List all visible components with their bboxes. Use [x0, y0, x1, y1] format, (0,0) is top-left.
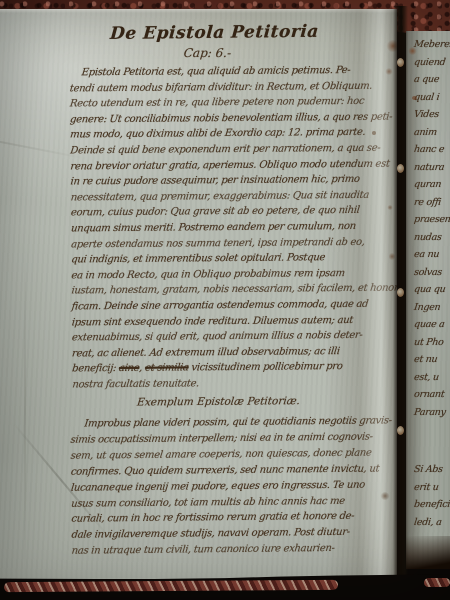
right-page-text-fragments-top: Meberesquienda quequal iVidesanimhanc en…	[413, 36, 450, 421]
text-line: ea nu	[413, 246, 450, 264]
foxing-stain	[412, 96, 417, 100]
binding-thread	[397, 288, 404, 297]
text-line: praesen	[413, 211, 450, 229]
text-line: erit u	[413, 479, 450, 497]
text-line: hanc e	[413, 141, 450, 159]
text-line: ledi, a	[413, 514, 450, 532]
text-line: qua qu	[413, 281, 450, 299]
text-line: Parany	[413, 404, 450, 422]
text-line: solvas	[413, 264, 450, 282]
text-line: et nu	[413, 351, 450, 369]
text-line: quiend	[413, 54, 450, 72]
text-line: Vides	[413, 106, 450, 124]
text-line: ornant	[413, 386, 450, 404]
text-line: Ingen	[413, 299, 450, 317]
right-page-text-fragments-bottom: Si Abserit ubeneficiledi, a	[413, 461, 450, 531]
right-page: Meberesquienda quequal iVidesanimhanc en…	[406, 31, 450, 569]
text-line: a que	[413, 71, 450, 89]
text-line: re offi	[413, 194, 450, 212]
text-line: qual i	[413, 89, 450, 107]
text-segment: beneficij:	[72, 363, 120, 374]
text-line: Si Abs	[413, 461, 450, 479]
text-line: ut Pho	[413, 334, 450, 352]
struck-text: aine	[118, 363, 140, 374]
text-line: quae a	[413, 316, 450, 334]
binding-thread	[397, 164, 404, 173]
page-fore-edge-shadow	[325, 9, 397, 579]
text-line: natura	[413, 159, 450, 177]
binding-thread	[397, 58, 404, 67]
endband-cord	[424, 578, 450, 587]
text-line: nudas	[413, 229, 450, 247]
text-line: est, u	[413, 369, 450, 387]
text-line: benefici	[413, 496, 450, 514]
manuscript-photo: De Epistola Petitoria Cap: 6.- Epistola …	[0, 0, 450, 600]
text-line: quran	[413, 176, 450, 194]
binding-thread	[397, 426, 404, 435]
foxing-stain	[408, 47, 417, 55]
struck-text: et similia	[144, 363, 189, 374]
text-line: anim	[413, 124, 450, 142]
text-segment: vicissitudinem pollicebimur pro	[188, 361, 343, 373]
binding-shadow	[406, 536, 450, 569]
left-page: De Epistola Petitoria Cap: 6.- Epistola …	[0, 9, 397, 579]
text-line: Meberes	[413, 36, 450, 54]
paper-crease	[24, 249, 26, 579]
book-gutter	[393, 6, 408, 580]
